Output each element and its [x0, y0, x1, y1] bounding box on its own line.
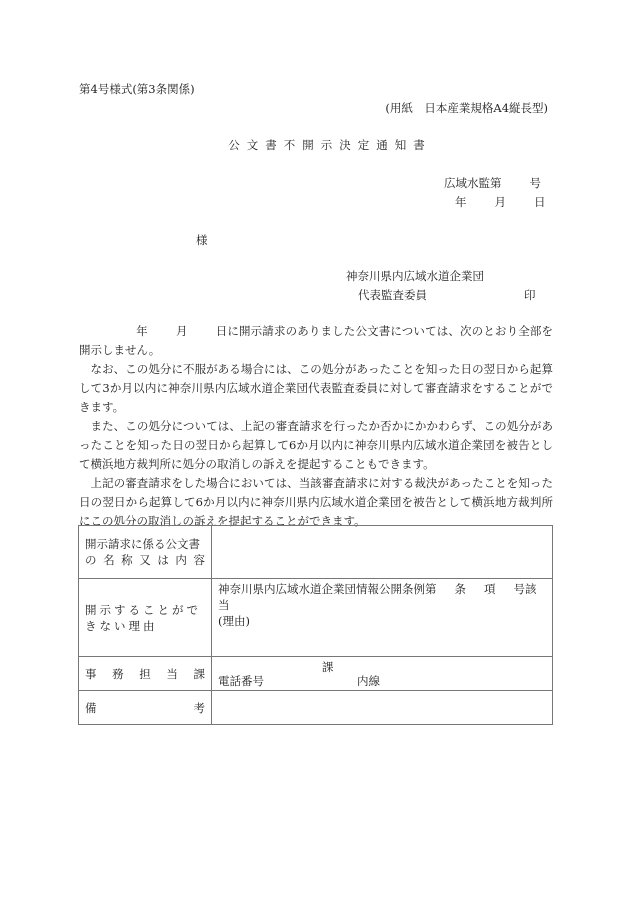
document-title: 公文書不開示決定通知書: [0, 137, 630, 153]
issuer-title: 代表監査委員: [358, 287, 427, 303]
paragraph-lawsuit-after-appeal: 上記の審査請求をした場合においては、当該審査請求に対する裁決があったことを知った…: [79, 474, 553, 531]
label-remarks: 備 考: [79, 691, 212, 725]
paragraph-lawsuit: また、この処分については、上記の審査請求を行ったか否かにかかわらず、この処分があ…: [79, 417, 553, 474]
issuer-organization: 神奈川県内広域水道企業団: [346, 268, 484, 284]
char: は: [157, 552, 169, 568]
article-prefix: 神奈川県内広域水道企業団情報公開条例第: [218, 582, 437, 596]
label-office-chars: 事 務 担 当 課: [85, 666, 205, 682]
label-remarks-chars: 備 考: [85, 700, 205, 716]
char: 又: [139, 552, 151, 568]
details-table: 開示請求に係る公文書 の 名 称 又 は 内 容 開示することができない理由 神…: [78, 525, 553, 725]
date-day: 日: [534, 195, 546, 209]
table-row-document-name: 開示請求に係る公文書 の 名 称 又 は 内 容: [79, 526, 553, 579]
document-number-suffix: 号: [530, 176, 542, 190]
char: 事: [85, 666, 97, 682]
char: 容: [193, 552, 205, 568]
char: 備: [85, 700, 97, 716]
label-office: 事 務 担 当 課: [79, 657, 212, 691]
form-number: 第4号様式(第3条関係): [79, 81, 195, 97]
char: の: [85, 552, 97, 568]
label-reason: 開示することができない理由: [79, 579, 212, 657]
paragraph-appeal: なお、この処分に不服がある場合には、この処分があったことを知った日の翌日から起算…: [79, 360, 553, 417]
article-ko: 項: [484, 582, 496, 596]
table-row-office: 事 務 担 当 課 課 電話番号 内線: [79, 657, 553, 691]
phone-label: 電話番号: [218, 673, 264, 689]
date-month: 月: [495, 195, 507, 209]
label-text: 開示請求に係る公文書: [85, 536, 200, 552]
document-number-prefix: 広域水監第: [444, 176, 502, 190]
value-office[interactable]: 課 電話番号 内線: [212, 657, 553, 691]
table-row-remarks: 備 考: [79, 691, 553, 725]
paper-size-note: (用紙 日本産業規格A4縦長型): [385, 100, 548, 116]
section-label: 課: [322, 659, 334, 675]
char: 名: [103, 552, 115, 568]
char: 称: [121, 552, 133, 568]
extension-label: 内線: [357, 673, 380, 689]
date-year: 年: [455, 195, 467, 209]
paragraph-decision: 年月日に開示請求のありました公文書については、次のとおり全部を開示しません。: [79, 322, 553, 360]
char: 考: [194, 700, 206, 716]
char: 課: [194, 666, 206, 682]
article-jo: 条: [455, 582, 467, 596]
addressee-honorific: 様: [196, 232, 208, 248]
seal-mark: 印: [524, 287, 536, 303]
value-reason[interactable]: 神奈川県内広域水道企業団情報公開条例第条項号該当 (理由): [212, 579, 553, 657]
char: 務: [112, 666, 124, 682]
char: 内: [175, 552, 187, 568]
label-line-1: 開示請求に係る公文書: [85, 536, 205, 552]
document-date: 年月日: [455, 194, 546, 210]
table-row-reason: 開示することができない理由 神奈川県内広域水道企業団情報公開条例第条項号該当 (…: [79, 579, 553, 657]
reason-label: (理由): [218, 613, 546, 629]
label-line-2: の 名 称 又 は 内 容: [85, 552, 205, 568]
document-number: 広域水監第号: [444, 175, 541, 191]
char: 担: [139, 666, 151, 682]
article-reference: 神奈川県内広域水道企業団情報公開条例第条項号該当: [218, 581, 546, 613]
char: 当: [166, 666, 178, 682]
request-year: 年: [136, 324, 148, 338]
notice-body: 年月日に開示請求のありました公文書については、次のとおり全部を開示しません。 な…: [79, 322, 553, 531]
label-document-name: 開示請求に係る公文書 の 名 称 又 は 内 容: [79, 526, 212, 579]
decision-text: 日に開示請求のありました公文書については、次のとおり全部を開示しません。: [79, 324, 553, 357]
value-remarks[interactable]: [212, 691, 553, 725]
value-document-name[interactable]: [212, 526, 553, 579]
request-month: 月: [176, 324, 188, 338]
